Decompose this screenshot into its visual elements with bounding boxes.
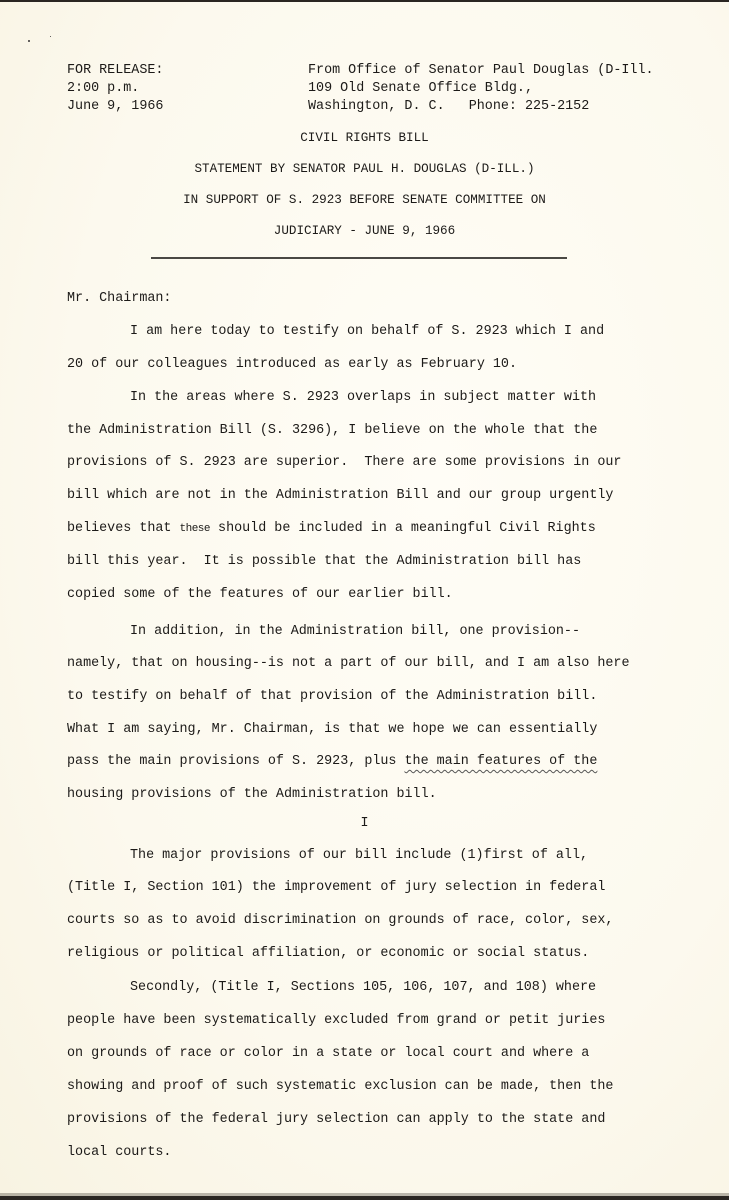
paragraph-2-line: provisions of S. 2923 are superior. Ther… — [67, 455, 621, 470]
paragraph-5-line: on grounds of race or color in a state o… — [67, 1046, 589, 1061]
paragraph-2-line: In the areas where S. 2923 overlaps in s… — [130, 390, 596, 405]
document-page: FOR RELEASE: 2:00 p.m. June 9, 1966 From… — [0, 2, 729, 1196]
paragraph-3-line: to testify on behalf of that provision o… — [67, 689, 597, 704]
release-info: FOR RELEASE: 2:00 p.m. June 9, 1966 — [67, 62, 163, 116]
typed-correction: these — [180, 523, 211, 535]
paragraph-5-line: Secondly, (Title I, Sections 105, 106, 1… — [130, 980, 596, 995]
title-line-2: STATEMENT BY SENATOR PAUL H. DOUGLAS (D-… — [0, 162, 729, 176]
paragraph-3-line: In addition, in the Administration bill,… — [130, 624, 580, 639]
paragraph-3-line: What I am saying, Mr. Chairman, is that … — [67, 722, 597, 737]
release-date: June 9, 1966 — [67, 98, 163, 116]
paragraph-4-line: (Title I, Section 101) the improvement o… — [67, 880, 605, 895]
paragraph-2-line: the Administration Bill (S. 3296), I bel… — [67, 423, 597, 438]
paragraph-4-line: religious or political affiliation, or e… — [67, 946, 589, 961]
paragraph-2-line: bill which are not in the Administration… — [67, 488, 613, 503]
text-run: believes that — [67, 521, 180, 536]
paragraph-1-line: I am here today to testify on behalf of … — [130, 324, 604, 339]
text-run: should be included in a meaningful Civil… — [210, 521, 596, 536]
office-info: From Office of Senator Paul Douglas (D-I… — [308, 62, 654, 116]
section-numeral: I — [0, 816, 729, 831]
paragraph-5-line: showing and proof of such systematic exc… — [67, 1079, 613, 1094]
office-address: 109 Old Senate Office Bldg., — [308, 80, 654, 98]
paragraph-1-line: 20 of our colleagues introduced as early… — [67, 357, 517, 372]
release-label: FOR RELEASE: — [67, 62, 163, 80]
paragraph-5-line: local courts. — [67, 1145, 171, 1160]
speck-mark — [28, 40, 30, 42]
office-from: From Office of Senator Paul Douglas (D-I… — [308, 62, 654, 80]
paragraph-2-line: believes that these should be included i… — [67, 521, 596, 536]
paragraph-5-line: provisions of the federal jury selection… — [67, 1112, 605, 1127]
paragraph-4-line: courts so as to avoid discrimination on … — [67, 913, 613, 928]
speck-mark — [50, 36, 51, 37]
paragraph-4-line: The major provisions of our bill include… — [130, 848, 588, 863]
paragraph-3-line: namely, that on housing--is not a part o… — [67, 656, 630, 671]
paragraph-3-line: housing provisions of the Administration… — [67, 787, 437, 802]
title-line-1: CIVIL RIGHTS BILL — [0, 131, 729, 145]
page-edge-shadow — [0, 1193, 729, 1196]
paragraph-3-line: pass the main provisions of S. 2923, plu… — [67, 754, 597, 769]
title-line-4: JUDICIARY - JUNE 9, 1966 — [0, 224, 729, 238]
title-rule — [151, 257, 567, 259]
paragraph-2-line: copied some of the features of our earli… — [67, 587, 453, 602]
paragraph-5-line: people have been systematically excluded… — [67, 1013, 605, 1028]
title-line-3: IN SUPPORT OF S. 2923 BEFORE SENATE COMM… — [0, 193, 729, 207]
text-run: pass the main provisions of S. 2923, plu… — [67, 754, 405, 769]
release-time: 2:00 p.m. — [67, 80, 163, 98]
office-city-phone: Washington, D. C. Phone: 225-2152 — [308, 98, 654, 116]
salutation: Mr. Chairman: — [67, 291, 171, 306]
paragraph-2-line: bill this year. It is possible that the … — [67, 554, 581, 569]
handwritten-underline-text: the main features of the — [405, 754, 598, 769]
